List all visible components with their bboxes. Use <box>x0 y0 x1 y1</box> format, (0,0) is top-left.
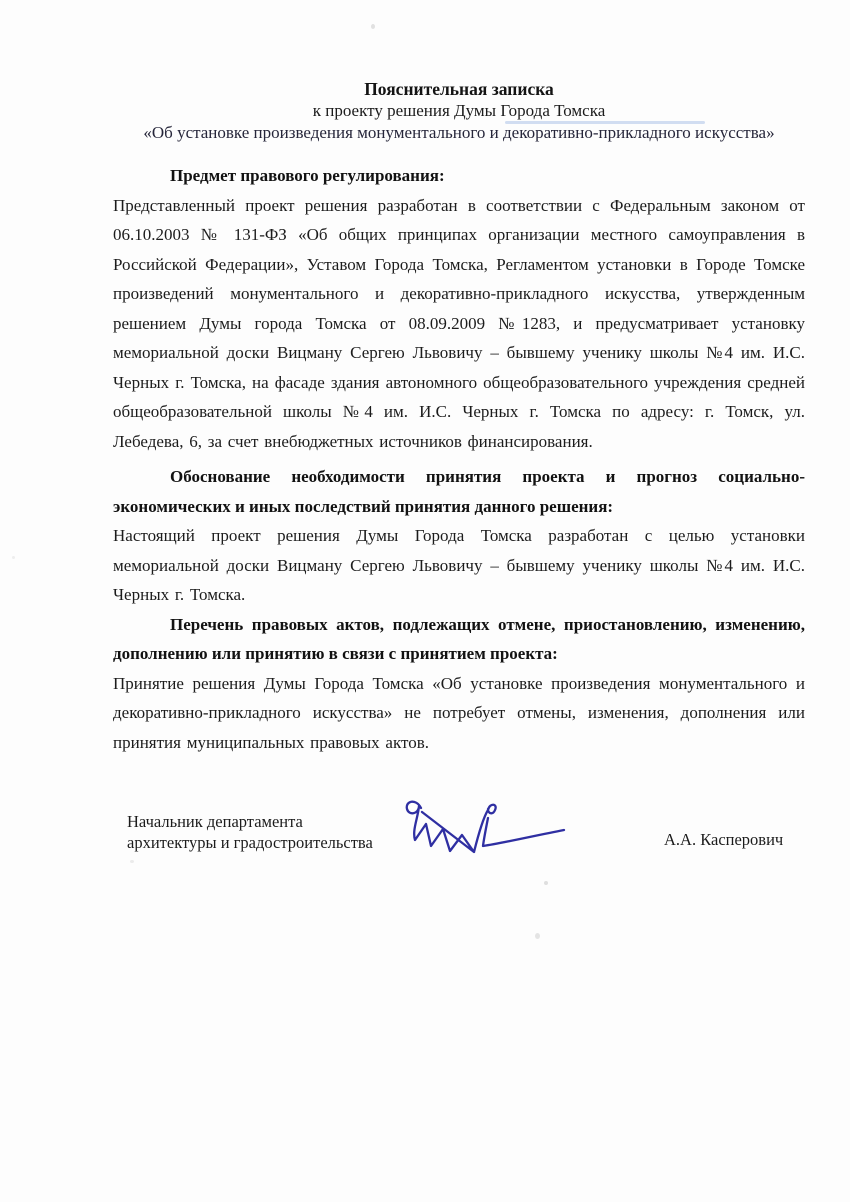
section-heading-subject: Предмет правового регулирования: <box>113 161 805 191</box>
document-title: Пояснительная записка <box>113 78 805 100</box>
signatory-name: А.А. Касперович <box>664 830 783 850</box>
signatory-position-line2: архитектуры и градостроительства <box>127 833 373 854</box>
signatory-position-line1: Начальник департамента <box>127 812 373 833</box>
signature-stroke <box>407 802 564 852</box>
section-paragraph-justification: Настоящий проект решения Думы Города Том… <box>113 521 805 610</box>
scan-speckle <box>535 933 540 939</box>
scan-speckle <box>130 860 134 863</box>
scan-speckle <box>544 881 548 885</box>
document-body: Пояснительная записка к проекту решения … <box>113 78 805 757</box>
section-heading-justification: Обоснование необходимости принятия проек… <box>113 462 805 521</box>
document-page: Пояснительная записка к проекту решения … <box>0 0 850 1202</box>
section-paragraph-acts-list: Принятие решения Думы Города Томска «Об … <box>113 669 805 758</box>
scan-speckle <box>371 24 375 29</box>
document-subtitle: к проекту решения Думы Города Томска <box>113 100 805 122</box>
document-subject-line: «Об установке произведения монументально… <box>113 122 805 144</box>
signatory-position: Начальник департамента архитектуры и гра… <box>127 812 373 853</box>
handwritten-signature <box>398 794 576 860</box>
scan-speckle <box>12 556 15 559</box>
section-heading-acts-list: Перечень правовых актов, подлежащих отме… <box>113 610 805 669</box>
section-paragraph-subject: Представленный проект решения разработан… <box>113 191 805 457</box>
document-title-block: Пояснительная записка к проекту решения … <box>113 78 805 144</box>
